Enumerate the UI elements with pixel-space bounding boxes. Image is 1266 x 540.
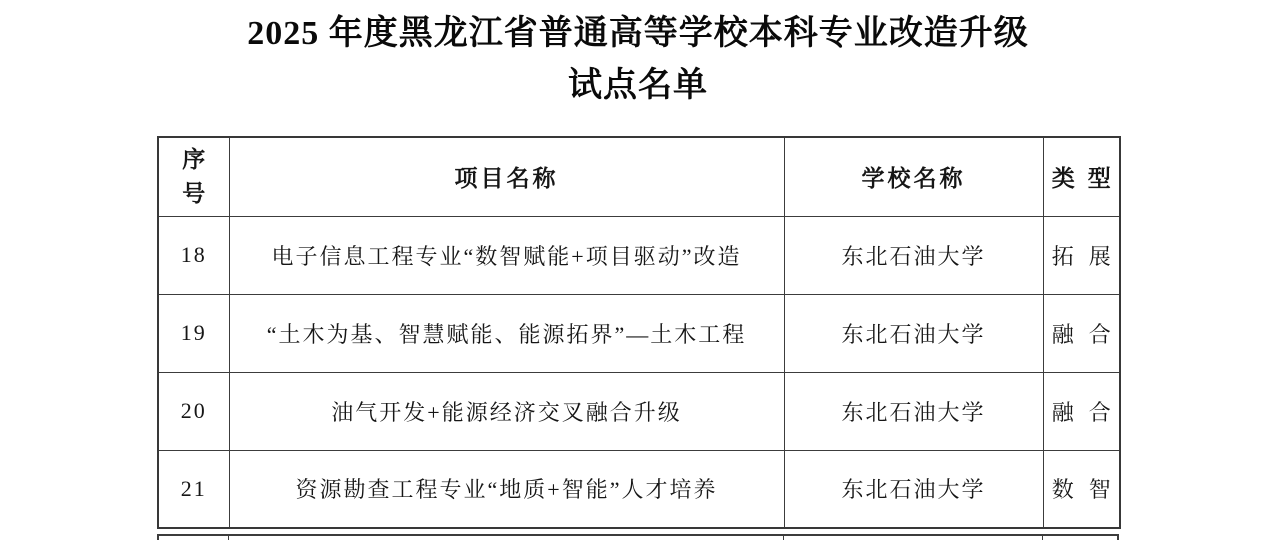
header-index: 序号 <box>158 137 229 216</box>
next-row-school-cell <box>784 536 1043 540</box>
row-index: 20 <box>158 372 229 450</box>
row-type-label: 融合 <box>1052 318 1120 349</box>
table-header-row: 序号 项目名称 学校名称 类型 <box>158 137 1120 216</box>
header-type: 类型 <box>1043 137 1120 216</box>
row-type-label: 数智 <box>1052 473 1120 504</box>
document-title-line1: 2025 年度黑龙江省普通高等学校本科专业改造升级 <box>157 8 1119 60</box>
table-row: 20 油气开发+能源经济交叉融合升级 东北石油大学 融合 <box>158 372 1120 450</box>
row-type: 融合 <box>1043 372 1120 450</box>
table-row: 21 资源勘查工程专业“地质+智能”人才培养 东北石油大学 数智 <box>158 450 1120 528</box>
row-project: 油气开发+能源经济交叉融合升级 <box>229 372 784 450</box>
table-row: 19 “土木为基、智慧赋能、能源拓界”—土木工程 东北石油大学 融合 <box>158 294 1120 372</box>
row-type-label: 拓展 <box>1052 240 1120 271</box>
row-school: 东北石油大学 <box>784 216 1043 294</box>
document-title-line2: 试点名单 <box>157 60 1119 112</box>
next-row-project-cell <box>229 536 784 540</box>
document-page: 2025 年度黑龙江省普通高等学校本科专业改造升级 试点名单 序号 项目名称 学… <box>0 0 1266 540</box>
document-title: 2025 年度黑龙江省普通高等学校本科专业改造升级 试点名单 <box>157 8 1119 112</box>
row-index: 19 <box>158 294 229 372</box>
row-index: 18 <box>158 216 229 294</box>
next-row-index-cell <box>159 536 229 540</box>
header-index-label: 序号 <box>181 143 207 211</box>
row-type: 数智 <box>1043 450 1120 528</box>
pilot-list-table: 序号 项目名称 学校名称 类型 18 电子信息工程专业“数智赋能+项目驱动”改造… <box>157 136 1121 529</box>
next-row-type-cell <box>1043 536 1117 540</box>
header-school: 学校名称 <box>784 137 1043 216</box>
row-project: “土木为基、智慧赋能、能源拓界”—土木工程 <box>229 294 784 372</box>
row-school: 东北石油大学 <box>784 450 1043 528</box>
row-type: 融合 <box>1043 294 1120 372</box>
table-row: 18 电子信息工程专业“数智赋能+项目驱动”改造 东北石油大学 拓展 <box>158 216 1120 294</box>
row-project: 电子信息工程专业“数智赋能+项目驱动”改造 <box>229 216 784 294</box>
row-type: 拓展 <box>1043 216 1120 294</box>
header-type-label: 类型 <box>1052 160 1120 193</box>
row-index: 21 <box>158 450 229 528</box>
row-type-label: 融合 <box>1052 396 1120 427</box>
header-project: 项目名称 <box>229 137 784 216</box>
next-row-partial <box>157 534 1119 540</box>
row-school: 东北石油大学 <box>784 294 1043 372</box>
row-school: 东北石油大学 <box>784 372 1043 450</box>
row-project: 资源勘查工程专业“地质+智能”人才培养 <box>229 450 784 528</box>
